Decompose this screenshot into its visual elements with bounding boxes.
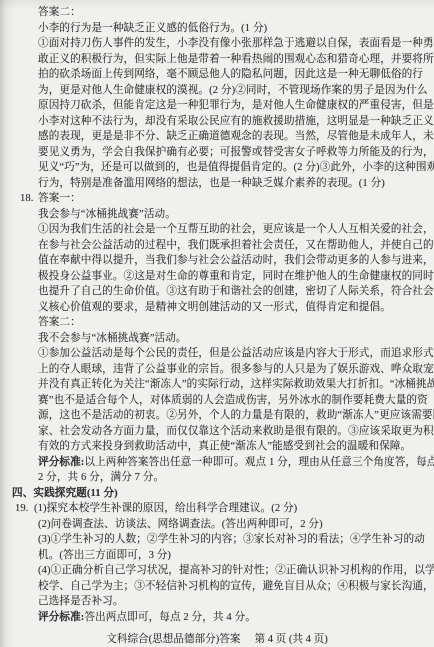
answer-line: 感的表现，更是是非不分、缺乏正确道德观念的表现。当然，尽管他是未成年人，未必 <box>0 129 434 145</box>
answer-line: 值在奉献中得以提升，当我们参与社会公益活动时，我们会带动更多的人参与进来，积 <box>0 253 434 269</box>
answer-line: 并没有真正转化为关注“渐冻人”的实际行动，这样实际救助效果大打折扣。“冰桶挑战 <box>0 377 434 393</box>
answer-line: 家、社会发动各方面力量，而仅仅靠这个活动来救助是很有限的。③应该采取更为积极 <box>0 424 434 440</box>
scoring-standard-line: 2 分，共 6 分，满分 7 分。 <box>0 470 434 486</box>
answer-line: (2)问卷调查法、访谈法、网络调查法。(答出两种即可，2 分) <box>0 517 434 533</box>
scoring-standard-line: 评分标准:答出两点即可，每点 2 分，共 4 分。 <box>0 610 434 626</box>
answer-line: (1)探究本校学生补课的原因，给出科学合理建议。(2 分) <box>34 503 297 514</box>
scoring-standard-text: 以上两种答案答出任意一种即可。观点 1 分，理由从任意三个角度答，每点 <box>84 457 434 468</box>
answer-line: 义核心价值观的要求，是精神文明创建活动的又一形式，值得肯定和提倡。 <box>0 300 434 316</box>
answer-line: 己选择是否补习。 <box>0 594 434 610</box>
answer-line: 行为，特别是准备滥用网络的想法，也是一种缺乏媒介素养的表现。(1 分) <box>0 176 434 192</box>
answer-line: 原因持刀砍杀，但能肯定这是一种犯罪行为，是对他人生命健康权的严重侵害，但是 <box>0 98 434 114</box>
answer-line: ①参加公益活动是每个公民的责任，但是公益活动应该是内容大于形式，而追求形式 <box>0 346 434 362</box>
question-number: 18. <box>20 191 34 207</box>
answer-line: 拍的砍杀场面上传到网络，毫不顾忌他人的隐私问题，因此这是一种无聊低俗的行 <box>0 67 434 83</box>
scoring-standard-label: 评分标准: <box>38 457 84 468</box>
page-content: 答案二： 小李的行为是一种缺乏正义感的低俗行为。(1 分) ①面对持刀伤人事件的… <box>0 5 434 647</box>
scoring-standard-label: 评分标准: <box>38 612 84 623</box>
scoring-standard-text: 答出两点即可，每点 2 分，共 4 分。 <box>84 612 256 623</box>
answer-heading: 答案二： <box>0 5 434 21</box>
answer-line: 要见义勇为，学会自我保护确有必要；可报警或替受害女子呼救等力所能及的行为， <box>0 145 434 161</box>
answer-line: 敢正义的积极行为，但实际上他是带着一种看热闹的围观心态和猎奇心理，并要将所 <box>0 52 434 68</box>
answer-line: 见义“巧”为，还是可以做到的，也是值得提倡肯定的。(2 分)③此外，小李的这种围… <box>0 160 434 176</box>
answer-heading: 答案二： <box>0 315 434 331</box>
answer-line: 源，这也不是活动的初衷。②另外，个人的力量是有限的，救助“渐冻人”更应该需要国 <box>0 408 434 424</box>
answer-line: 极投身公益事业。②这是对生命的尊重和肯定，同时在维护他人的生命健康权的同时 <box>0 269 434 285</box>
question18-block: 18.答案一： 我会参与“冰桶挑战赛”活动。 ①因为我们生活的社会是一个互帮互助… <box>0 191 434 486</box>
footer-page-number: 第 4 页 (共 4 页) <box>254 634 327 645</box>
answer-line: ①因为我们生活的社会是一个互帮互助的社会，更应该是一个人人互相关爱的社会， <box>0 222 434 238</box>
answer-line: 机。(答出三方面即可，3 分) <box>0 548 434 564</box>
answer-line: 小李对这种不法行为，却没有采取公民应有的施救援助措施，这明显是一种缺乏正义 <box>0 114 434 130</box>
question19-block: 19.(1)探究本校学生补课的原因，给出科学合理建议。(2 分) (2)问卷调查… <box>0 501 434 625</box>
scanned-answer-page: 答案二： 小李的行为是一种缺乏正义感的低俗行为。(1 分) ①面对持刀伤人事件的… <box>0 0 434 647</box>
answer-line: (4)①正确分析自己学习状况，提高补习的针对性；②正确认识补习机构的作用，以学 <box>0 563 434 579</box>
answer-line: 我会参与“冰桶挑战赛”活动。 <box>0 207 434 223</box>
question-number: 19. <box>15 501 29 517</box>
answer-line: 赛”也不是适合每个人，对体质弱的人会造成伤害，另外冰水的制作要耗费大量的资 <box>0 393 434 409</box>
answer-line: 我不会参与“冰桶挑战赛”活动。 <box>0 331 434 347</box>
answer-line: 校学、自己学为主；③不轻信补习机构的宣传，避免盲目从众；④积极与家长沟通，自 <box>0 579 434 595</box>
question19-first-line: 19.(1)探究本校学生补课的原因，给出科学合理建议。(2 分) <box>0 501 434 517</box>
answer-line: ①面对持刀伤人事件的发生，小李没有像小张那样急于逃避以自保，表面看是一种勇 <box>0 36 434 52</box>
footer-title: 文科综合(思想品德部分)答案 <box>106 634 240 645</box>
answer-line: 为，更是对他人生命健康权的漠视。(2 分)②同时，不管现场作案的男子是因为什么 <box>0 83 434 99</box>
answer-line: 上的夺人眼球，违背了公益事业的宗旨。很多参与的人只是为了娱乐游戏、哗众取宠， <box>0 362 434 378</box>
answer-line: 在参与社会公益活动的过程中，我们既承担着社会责任，又在帮助他人，并使自己的价 <box>0 238 434 254</box>
answer-heading: 答案一： <box>38 193 81 204</box>
scoring-standard-line: 评分标准:以上两种答案答出任意一种即可。观点 1 分，理由从任意三个角度答，每点 <box>0 455 434 471</box>
section-title: 四、实践探究题(11 分) <box>0 486 434 502</box>
answer-line: 有效的方式来投身到救助活动中，真正使“渐冻人”能感受到社会的温暖和保障。 <box>0 439 434 455</box>
answer-line: 也提升了自己的生命价值。③这有助于和谐社会的创建，密切了人际关系，符合社会主 <box>0 284 434 300</box>
page-footer: 文科综合(思想品德部分)答案第 4 页 (共 4 页) <box>0 632 434 647</box>
answer-line: (3)①学生补习的人数；②学生补习的内容；③家长对补习的看法；④学生补习的动 <box>0 532 434 548</box>
section4-practice-block: 四、实践探究题(11 分) <box>0 486 434 502</box>
question18-heading-line: 18.答案一： <box>0 191 434 207</box>
question17-answer2-block: 答案二： 小李的行为是一种缺乏正义感的低俗行为。(1 分) ①面对持刀伤人事件的… <box>0 5 434 191</box>
answer-line: 小李的行为是一种缺乏正义感的低俗行为。(1 分) <box>0 21 434 37</box>
